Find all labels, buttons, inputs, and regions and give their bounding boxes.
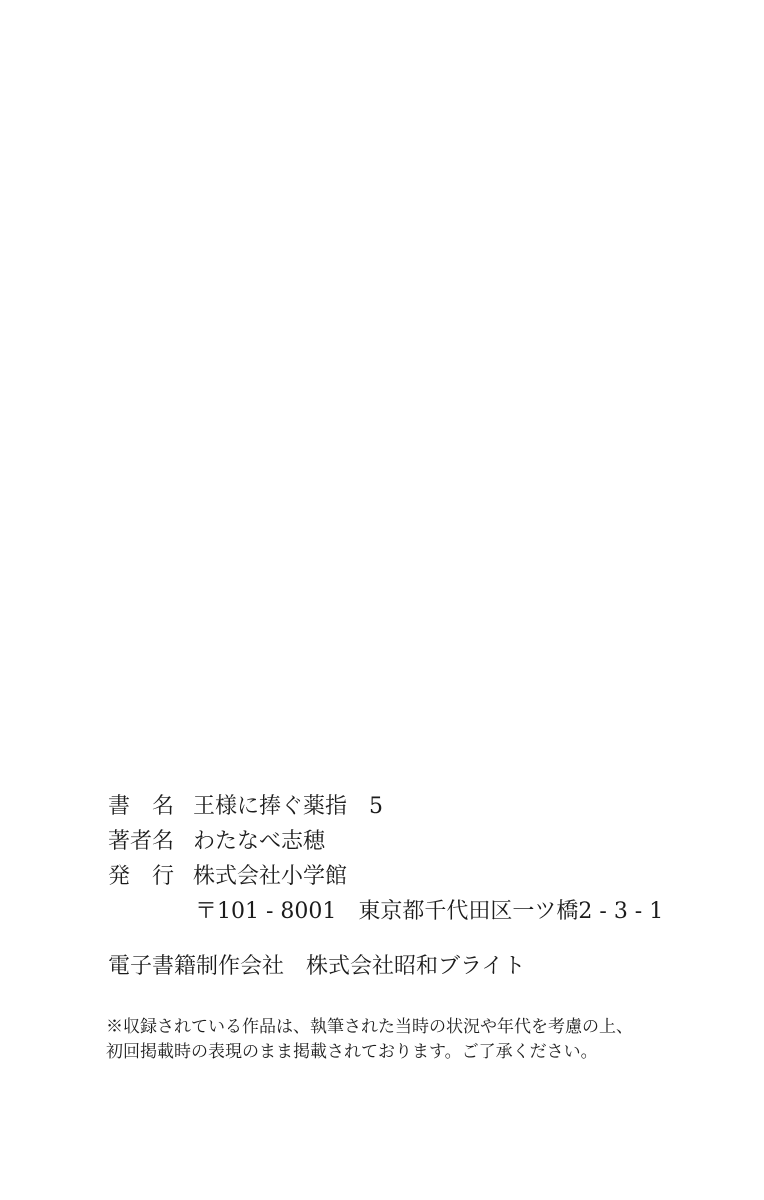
publisher-address: 〒101 - 8001 東京都千代田区一ツ橋2 - 3 - 1 bbox=[108, 894, 728, 929]
ebook-producer: 電子書籍制作会社 株式会社昭和ブライト bbox=[108, 949, 728, 984]
colophon-page: 書 名 王様に捧ぐ薬指 5 著者名 わたなべ志穂 発 行 株式会社小学館 〒10… bbox=[0, 0, 764, 1200]
publisher-value: 株式会社小学館 bbox=[193, 859, 347, 894]
book-title-row: 書 名 王様に捧ぐ薬指 5 bbox=[108, 789, 728, 824]
book-title-label: 書 名 bbox=[108, 789, 174, 824]
disclaimer-line-2: 初回掲載時の表現のまま掲載されております。ご了承ください。 bbox=[106, 1040, 728, 1065]
author-value: わたなべ志穂 bbox=[193, 824, 325, 859]
disclaimer-line-1: ※収録されている作品は、執筆された当時の状況や年代を考慮の上、 bbox=[106, 1015, 728, 1040]
disclaimer-note: ※収録されている作品は、執筆された当時の状況や年代を考慮の上、 初回掲載時の表現… bbox=[106, 1015, 728, 1065]
publisher-row: 発 行 株式会社小学館 bbox=[108, 859, 728, 894]
author-label: 著者名 bbox=[108, 824, 174, 859]
author-row: 著者名 わたなべ志穂 bbox=[108, 824, 728, 859]
book-info-block: 書 名 王様に捧ぐ薬指 5 著者名 わたなべ志穂 発 行 株式会社小学館 〒10… bbox=[108, 789, 728, 1065]
book-title-value: 王様に捧ぐ薬指 5 bbox=[193, 789, 383, 824]
publisher-label: 発 行 bbox=[108, 859, 174, 894]
